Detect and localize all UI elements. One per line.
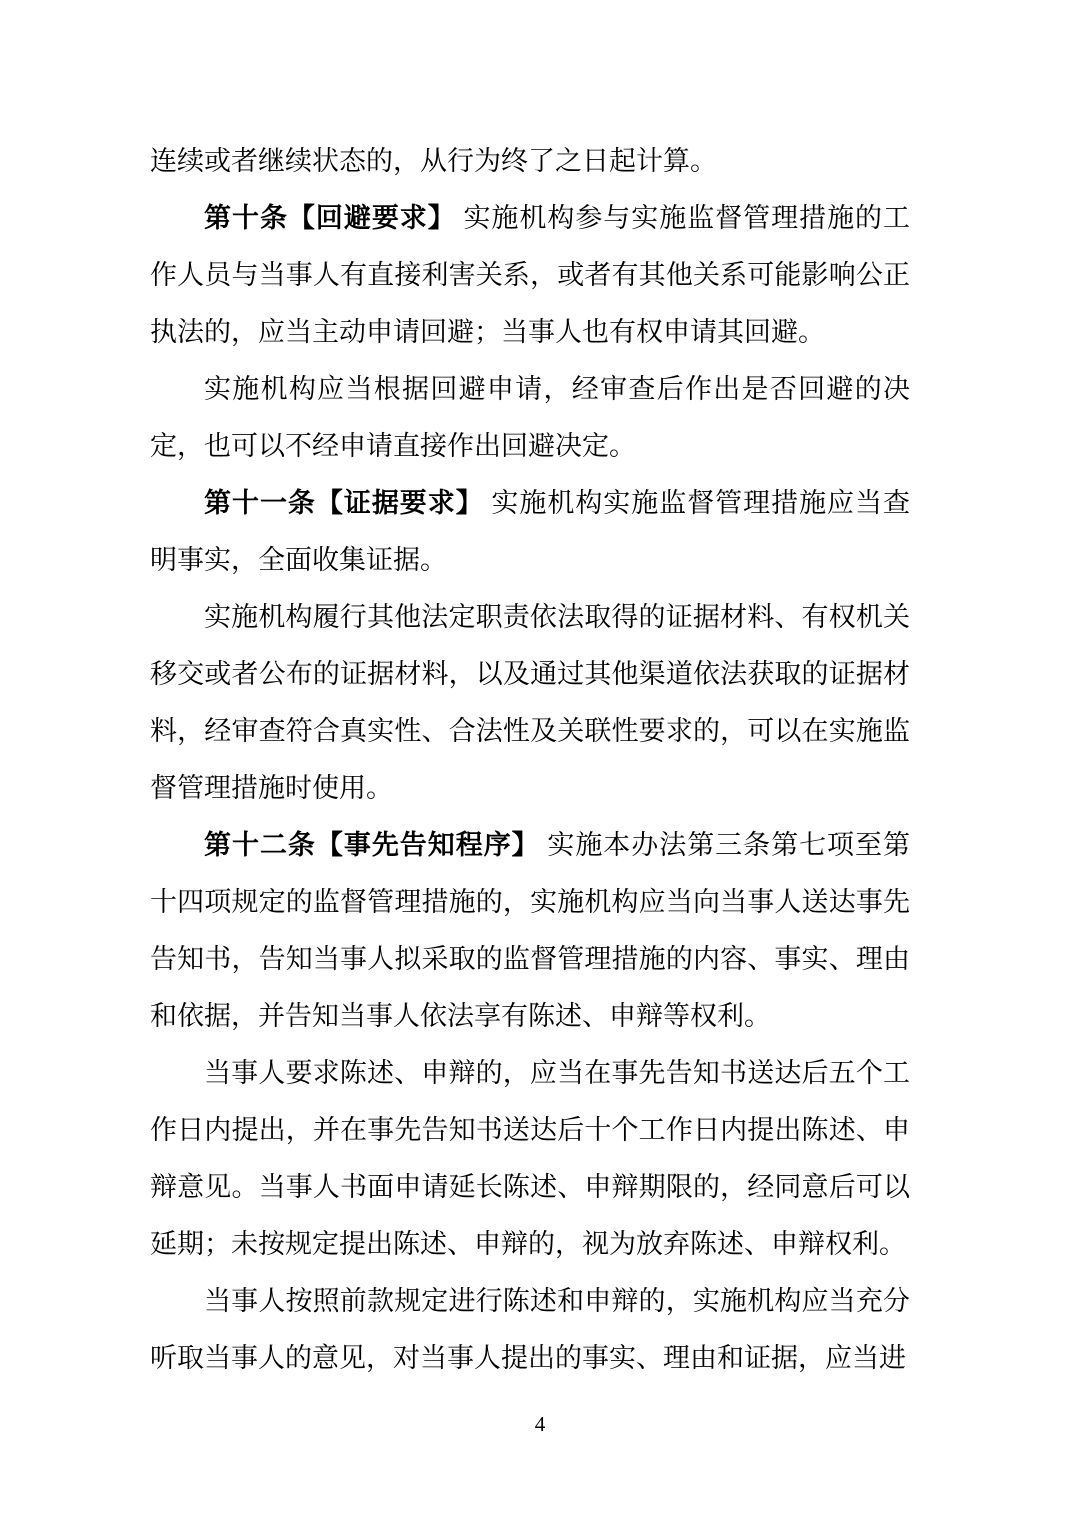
article-heading: 第十条【回避要求】: [204, 203, 456, 233]
paragraph: 实施机构履行其他法定职责依法取得的证据材料、有权机关移交或者公布的证据材料，以及…: [150, 589, 910, 817]
paragraph: 当事人要求陈述、申辩的，应当在事先告知书送达后五个工作日内提出，并在事先告知书送…: [150, 1045, 910, 1273]
paragraph: 第十二条【事先告知程序】 实施本办法第三条第七项至第十四项规定的监督管理措施的，…: [150, 817, 910, 1045]
text-run: 当事人要求陈述、申辩的，应当在事先告知书送达后五个工作日内提出，并在事先告知书送…: [150, 1058, 910, 1259]
article-heading: 第十二条【事先告知程序】: [204, 830, 540, 860]
paragraph: 实施机构应当根据回避申请，经审查后作出是否回避的决定，也可以不经申请直接作出回避…: [150, 361, 910, 475]
paragraph: 第十一条【证据要求】 实施机构实施监督管理措施应当查明事实，全面收集证据。: [150, 475, 910, 589]
paragraph: 连续或者继续状态的，从行为终了之日起计算。: [150, 133, 910, 190]
document-page: 连续或者继续状态的，从行为终了之日起计算。第十条【回避要求】 实施机构参与实施监…: [0, 0, 1080, 1527]
document-body: 连续或者继续状态的，从行为终了之日起计算。第十条【回避要求】 实施机构参与实施监…: [150, 133, 910, 1387]
article-heading: 第十一条【证据要求】: [204, 488, 484, 518]
text-run: 实施机构履行其他法定职责依法取得的证据材料、有权机关移交或者公布的证据材料，以及…: [150, 602, 910, 803]
text-run: 当事人按照前款规定进行陈述和申辩的，实施机构应当充分听取当事人的意见，对当事人提…: [150, 1286, 910, 1373]
paragraph: 当事人按照前款规定进行陈述和申辩的，实施机构应当充分听取当事人的意见，对当事人提…: [150, 1273, 910, 1387]
text-run: 实施机构应当根据回避申请，经审查后作出是否回避的决定，也可以不经申请直接作出回避…: [150, 374, 910, 461]
paragraph: 第十条【回避要求】 实施机构参与实施监督管理措施的工作人员与当事人有直接利害关系…: [150, 190, 910, 361]
page-number: 4: [0, 1412, 1080, 1436]
text-run: 连续或者继续状态的，从行为终了之日起计算。: [150, 146, 717, 176]
text-run: 实施本办法第三条第七项至第十四项规定的监督管理措施的，实施机构应当向当事人送达事…: [150, 830, 910, 1031]
